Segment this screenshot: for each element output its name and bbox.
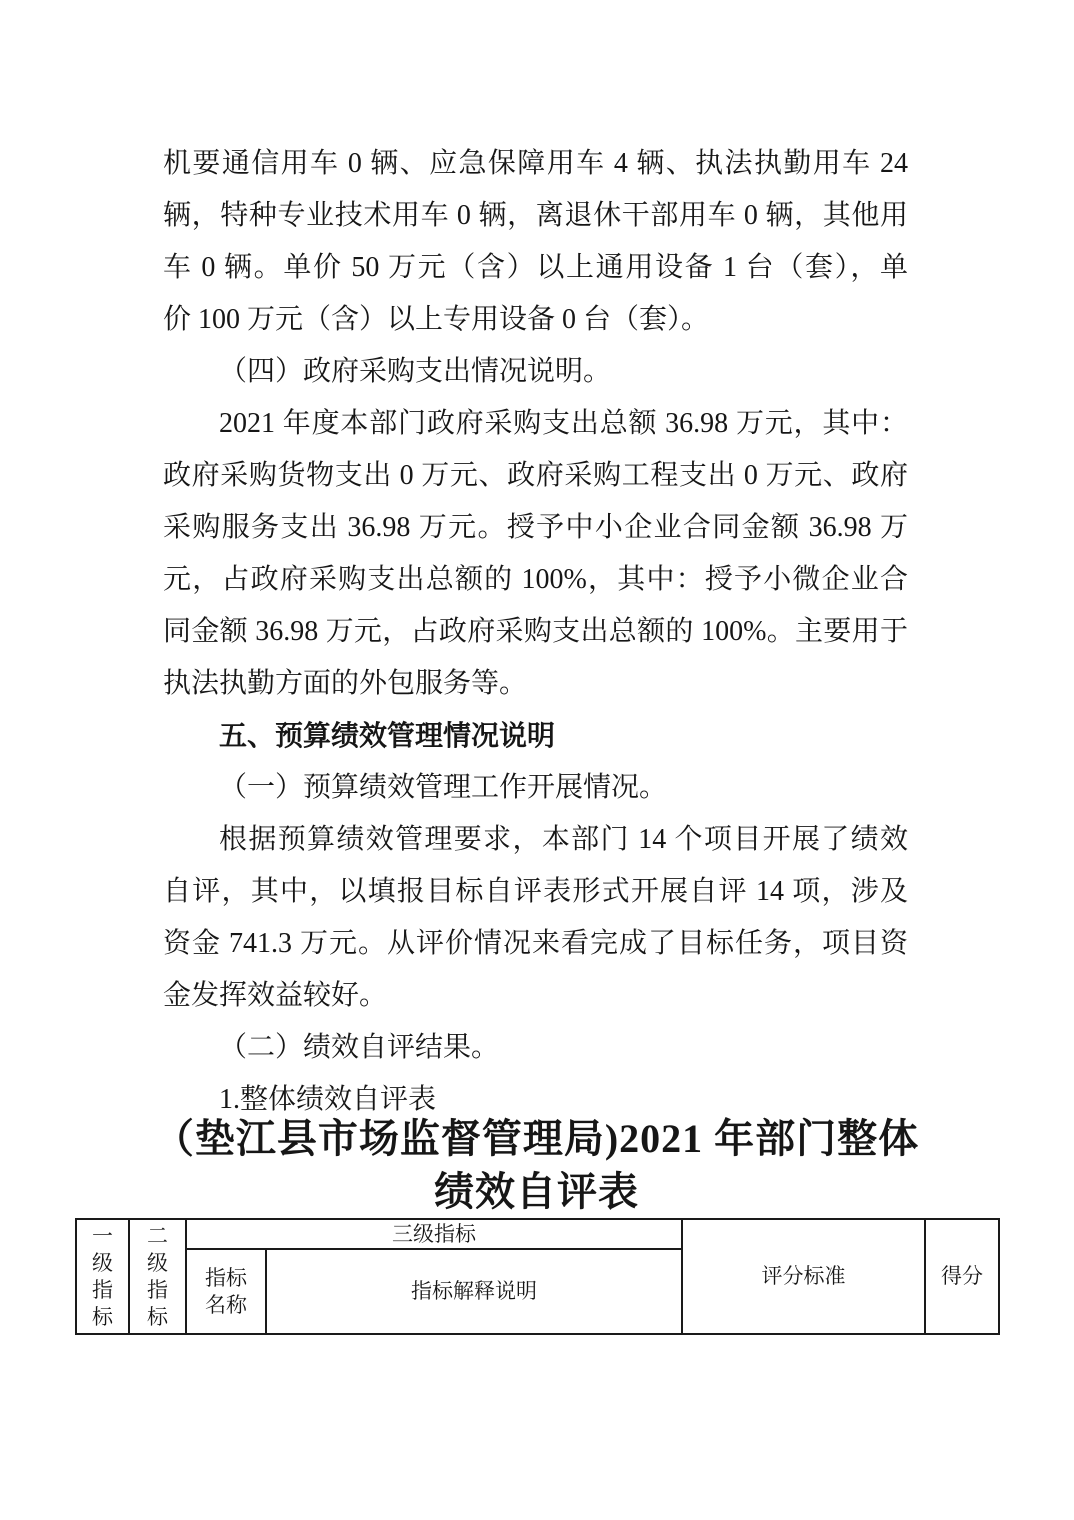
body-line: 根据预算绩效管理要求，本部门 14 个项目开展了绩效 (163, 814, 908, 866)
body-line: 政府采购货物支出 0 万元、政府采购工程支出 0 万元、政府 (163, 450, 908, 502)
document-body: 机要通信用车 0 辆、应急保障用车 4 辆、执法执勤用车 24 辆，特种专业技术… (163, 138, 908, 1126)
document-page: 机要通信用车 0 辆、应急保障用车 4 辆、执法执勤用车 24 辆，特种专业技术… (0, 0, 1074, 1520)
body-line: 同金额 36.98 万元，占政府采购支出总额的 100%。主要用于 (163, 606, 908, 658)
body-line: 元，占政府采购支出总额的 100%，其中：授予小微企业合 (163, 554, 908, 606)
body-line: 金发挥效益较好。 (163, 970, 908, 1022)
body-line: 机要通信用车 0 辆、应急保障用车 4 辆、执法执勤用车 24 (163, 138, 908, 190)
header-indicator-explanation: 指标解释说明 (266, 1249, 682, 1334)
header-scoring-standard: 评分标准 (682, 1219, 925, 1334)
body-line: 价 100 万元（含）以上专用设备 0 台（套）。 (163, 294, 908, 346)
body-line: 2021 年度本部门政府采购支出总额 36.98 万元，其中： (163, 398, 908, 450)
section-5-heading: 五、预算绩效管理情况说明 (163, 710, 908, 762)
body-line: 车 0 辆。单价 50 万元（含）以上通用设备 1 台（套），单 (163, 242, 908, 294)
body-line: 执法执勤方面的外包服务等。 (163, 658, 908, 710)
header-score: 得分 (925, 1219, 999, 1334)
header-level1-indicator: 一 级 指 标 (76, 1219, 129, 1334)
header-indicator-name: 指标 名称 (186, 1249, 266, 1334)
header-level3-indicator: 三级指标 (186, 1219, 682, 1249)
subsection-heading-4: （四）政府采购支出情况说明。 (163, 346, 908, 398)
self-evaluation-table-title: （垫江县市场监督管理局)2021 年部门整体 绩效自评表 (75, 1112, 998, 1218)
table-title-line-1: （垫江县市场监督管理局)2021 年部门整体 (75, 1112, 998, 1165)
body-line: 辆，特种专业技术用车 0 辆，离退休干部用车 0 辆，其他用 (163, 190, 908, 242)
header-level2-indicator: 二 级 指 标 (129, 1219, 186, 1334)
body-line: 自评，其中，以填报目标自评表形式开展自评 14 项，涉及 (163, 866, 908, 918)
table-title-line-2: 绩效自评表 (75, 1165, 998, 1218)
body-line: 采购服务支出 36.98 万元。授予中小企业合同金额 36.98 万 (163, 502, 908, 554)
self-evaluation-table: 一 级 指 标 二 级 指 标 三级指标 评分标准 得分 指标 名称 指标解释说… (75, 1218, 998, 1335)
body-line: 资金 741.3 万元。从评价情况来看完成了目标任务，项目资 (163, 918, 908, 970)
subsection-heading-2: （二）绩效自评结果。 (163, 1022, 908, 1074)
subsection-heading-1: （一）预算绩效管理工作开展情况。 (163, 762, 908, 814)
